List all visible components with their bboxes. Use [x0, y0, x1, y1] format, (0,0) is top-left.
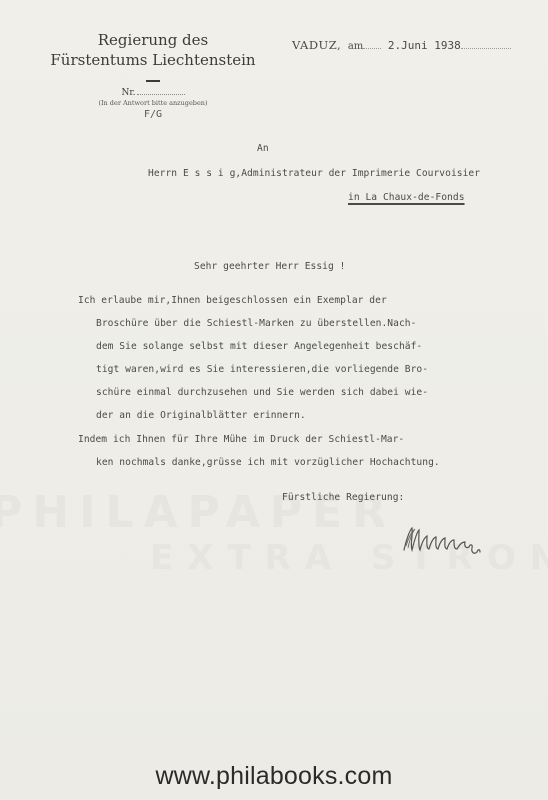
address-recipient: Herrn E s s i g,Administrateur der Impri…: [148, 168, 480, 179]
dateline-am: am: [348, 41, 363, 52]
body-line: tigt waren,wird es Sie interessieren,die…: [96, 364, 428, 375]
dateline-dots: [363, 48, 381, 49]
body-line: Broschüre über die Schiestl-Marken zu üb…: [96, 318, 416, 329]
number-label: Nr.: [121, 88, 135, 98]
letterhead-number-field: Nr.: [58, 88, 248, 99]
website-footer: www.philabooks.com: [0, 762, 548, 791]
dateline-date: 2.Juni 1938: [388, 39, 461, 52]
salutation: Sehr geehrter Herr Essig !: [194, 261, 345, 272]
reference-code: F/G: [58, 108, 248, 121]
dateline-trailing-dots: [461, 48, 511, 49]
letterhead-title-line-1: Regierung des: [58, 30, 248, 50]
dateline: VADUZ, am 2.Juni 1938: [292, 38, 502, 52]
signature-icon: [400, 522, 490, 556]
address-location: in La Chaux-de-Fonds: [348, 192, 465, 203]
body-line: Indem ich Ihnen für Ihre Mühe im Druck d…: [78, 434, 404, 445]
letterhead-title-line-2: Fürstentums Liechtenstein: [44, 50, 262, 70]
address-to: An: [257, 143, 269, 154]
body-line: Ich erlaube mir,Ihnen beigeschlossen ein…: [78, 295, 387, 306]
letterhead: Regierung des Fürstentums Liechtenstein …: [58, 30, 248, 121]
dateline-city: VADUZ,: [292, 38, 341, 52]
reply-note: (In der Antwort bitte anzugeben): [58, 99, 248, 108]
body-line: schüre einmal durchzusehen und Sie werde…: [96, 387, 428, 398]
closing: Fürstliche Regierung:: [282, 492, 404, 503]
body-line: der an die Originalblätter erinnern.: [96, 410, 306, 421]
number-dotted-line: [137, 94, 185, 95]
body-line: ken nochmals danke,grüsse ich mit vorzüg…: [96, 457, 440, 468]
letterhead-divider: [146, 80, 160, 82]
body-line: dem Sie solange selbst mit dieser Angele…: [96, 341, 422, 352]
